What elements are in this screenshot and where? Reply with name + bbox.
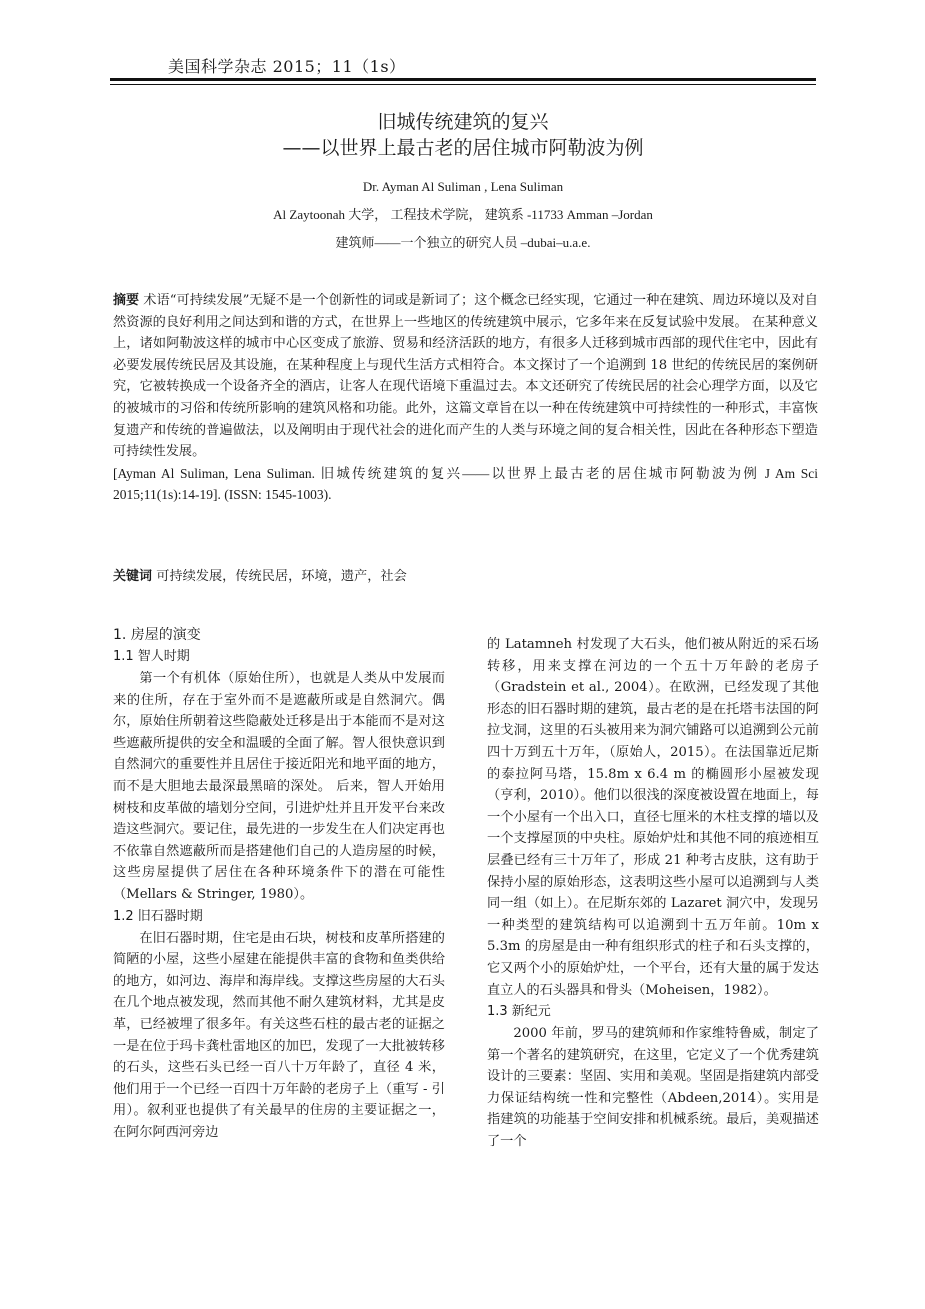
paragraph-1-1: 第一个有机体（原始住所），也就是人类从中发展而来的住所，存在于室外而不是遮蔽所或… <box>113 668 445 906</box>
header-rule-thin <box>110 84 816 85</box>
paper-subtitle: ——以世界上最古老的居住城市阿勒波为例 <box>110 133 816 160</box>
paragraph-1-3: 2000 年前，罗马的建筑师和作家维特鲁威，制定了第一个著名的建筑研究，在这里，… <box>487 1023 819 1153</box>
paragraph-1-2-continued: 的 Latamneh 村发现了大石头，他们被从附近的采石场转移，用来支撑在河边的… <box>487 634 819 1001</box>
affiliation-2: 建筑师——一个独立的研究人员 –dubai–u.a.e. <box>110 232 816 251</box>
journal-header: 美国科学杂志 2015；11（1s） <box>168 54 406 77</box>
authors: Dr. Ayman Al Suliman , Lena Suliman <box>110 179 816 195</box>
header-rule-thick <box>110 78 816 81</box>
body-column-left: 1. 房屋的演变 1.1 智人时期 第一个有机体（原始住所），也就是人类从中发展… <box>113 624 445 1143</box>
section-heading-1-3: 1.3 新纪元 <box>487 1001 819 1023</box>
section-heading-1: 1. 房屋的演变 <box>113 624 445 646</box>
keywords-label: 关键词 <box>113 569 152 584</box>
keywords: 关键词 可持续发展，传统民居，环境，遗产，社会 <box>113 565 407 584</box>
affiliation-1: Al Zaytoonah 大学， 工程技术学院， 建筑系 -11733 Amma… <box>110 204 816 223</box>
abstract-label: 摘要 <box>113 293 139 308</box>
section-heading-1-1: 1.1 智人时期 <box>113 646 445 668</box>
abstract-text: 术语“可持续发展”无疑不是一个创新性的词或是新词了；这个概念已经实现，它通过一种… <box>113 293 818 459</box>
keywords-text: 可持续发展，传统民居，环境，遗产，社会 <box>152 569 407 584</box>
paragraph-1-2: 在旧石器时期，住宅是由石块，树枝和皮革所搭建的简陋的小屋，这些小屋建在能提供丰富… <box>113 928 445 1144</box>
abstract: 摘要 术语“可持续发展”无疑不是一个创新性的词或是新词了；这个概念已经实现，它通… <box>113 290 818 506</box>
body-column-right: 的 Latamneh 村发现了大石头，他们被从附近的采石场转移，用来支撑在河边的… <box>487 634 819 1153</box>
paper-title: 旧城传统建筑的复兴 <box>110 107 816 134</box>
citation: [Ayman Al Suliman, Lena Suliman. 旧城传统建筑的… <box>113 463 818 506</box>
section-heading-1-2: 1.2 旧石器时期 <box>113 906 445 928</box>
